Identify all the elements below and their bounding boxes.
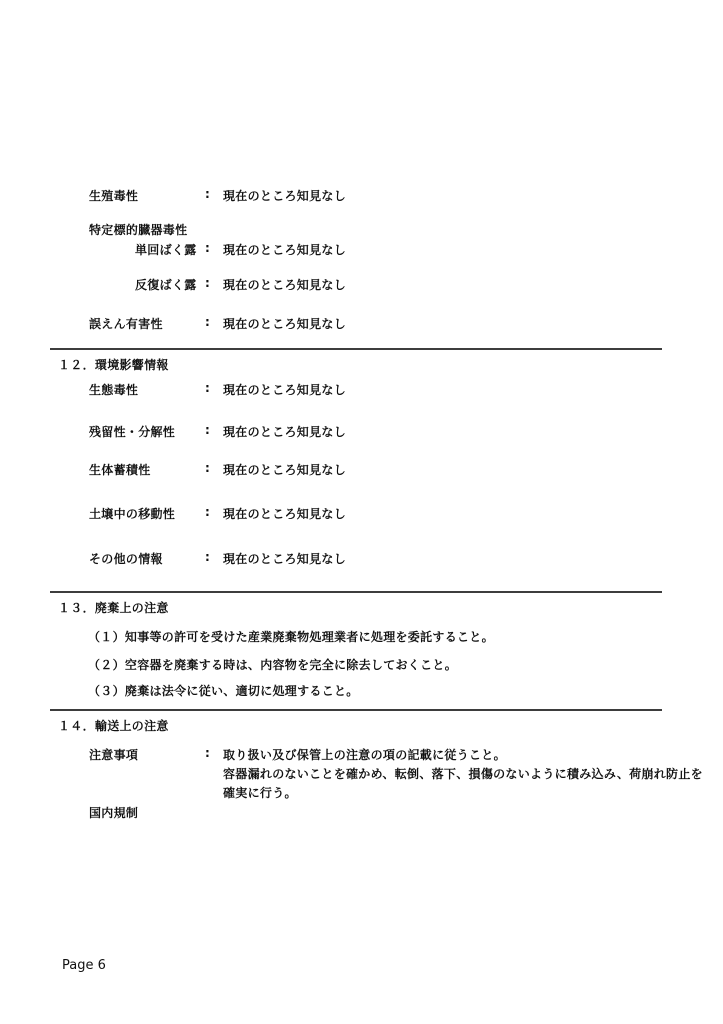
row-label: 国内規制 — [89, 804, 138, 821]
transport-notice-line-1: 取り扱い及び保管上の注意の項の記載に従うこと。 — [223, 746, 506, 763]
section-divider — [50, 348, 662, 350]
row-label: 生態毒性 — [89, 381, 138, 398]
row-label: 単回ばく露 — [135, 241, 197, 258]
transport-notice-line-3: 確実に行う。 — [223, 784, 297, 801]
row-repeated-exposure: 反復ばく露 : 現在のところ知見なし — [0, 276, 723, 294]
colon-separator: : — [205, 505, 210, 519]
sds-document-page: 生殖毒性 : 現在のところ知見なし 特定標的臓器毒性 単回ばく露 : 現在のとこ… — [0, 0, 723, 1024]
colon-separator: : — [205, 746, 210, 760]
row-value: 現在のところ知見なし — [223, 550, 346, 567]
row-label: 残留性・分解性 — [89, 423, 175, 440]
colon-separator: : — [205, 187, 210, 201]
row-label: 生体蓄積性 — [89, 461, 151, 478]
row-value: 現在のところ知見なし — [223, 187, 346, 204]
colon-separator: : — [205, 550, 210, 564]
row-value: 現在のところ知見なし — [223, 241, 346, 258]
row-label: 特定標的臓器毒性 — [89, 221, 187, 238]
section-13-heading: １３．廃棄上の注意 — [58, 599, 169, 616]
colon-separator: : — [205, 381, 210, 395]
row-bioaccumulation: 生体蓄積性 : 現在のところ知見なし — [0, 461, 723, 479]
disposal-item-2: （２）空容器を廃棄する時は、内容物を完全に除去しておくこと。 — [88, 656, 457, 673]
disposal-item-1: （１）知事等の許可を受けた産業廃棄物処理業者に処理を委託すること。 — [88, 628, 494, 645]
row-label: 誤えん有害性 — [89, 315, 163, 332]
row-value: 現在のところ知見なし — [223, 505, 346, 522]
row-single-exposure: 単回ばく露 : 現在のところ知見なし — [0, 241, 723, 259]
colon-separator: : — [205, 241, 210, 255]
colon-separator: : — [205, 461, 210, 475]
row-label: 反復ばく露 — [135, 276, 197, 293]
row-stot-heading: 特定標的臓器毒性 — [0, 221, 723, 239]
row-label: 土壌中の移動性 — [89, 505, 175, 522]
colon-separator: : — [205, 276, 210, 290]
row-label: その他の情報 — [89, 550, 163, 567]
row-value: 現在のところ知見なし — [223, 315, 346, 332]
row-aspiration-hazard: 誤えん有害性 : 現在のところ知見なし — [0, 315, 723, 333]
section-divider — [50, 709, 662, 711]
row-soil-mobility: 土壌中の移動性 : 現在のところ知見なし — [0, 505, 723, 523]
row-label: 生殖毒性 — [89, 187, 138, 204]
row-value: 現在のところ知見なし — [223, 423, 346, 440]
row-persistence-degradability: 残留性・分解性 : 現在のところ知見なし — [0, 423, 723, 441]
row-value: 現在のところ知見なし — [223, 381, 346, 398]
section-12-heading: １２．環境影響情報 — [58, 356, 169, 373]
row-label: 注意事項 — [89, 746, 138, 763]
section-divider — [50, 591, 662, 593]
colon-separator: : — [205, 423, 210, 437]
disposal-item-3: （３）廃棄は法令に従い、適切に処理すること。 — [88, 682, 359, 699]
row-ecotoxicity: 生態毒性 : 現在のところ知見なし — [0, 381, 723, 399]
row-reproductive-toxicity: 生殖毒性 : 現在のところ知見なし — [0, 187, 723, 205]
row-value: 現在のところ知見なし — [223, 276, 346, 293]
row-value: 現在のところ知見なし — [223, 461, 346, 478]
transport-notice-line-2: 容器漏れのないことを確かめ、転倒、落下、損傷のないように積み込み、荷崩れ防止を — [223, 765, 703, 782]
row-domestic-regulation: 国内規制 — [0, 804, 723, 822]
section-14-heading: １４．輸送上の注意 — [58, 717, 169, 734]
page-number: Page 6 — [62, 958, 106, 973]
row-other-information: その他の情報 : 現在のところ知見なし — [0, 550, 723, 568]
colon-separator: : — [205, 315, 210, 329]
